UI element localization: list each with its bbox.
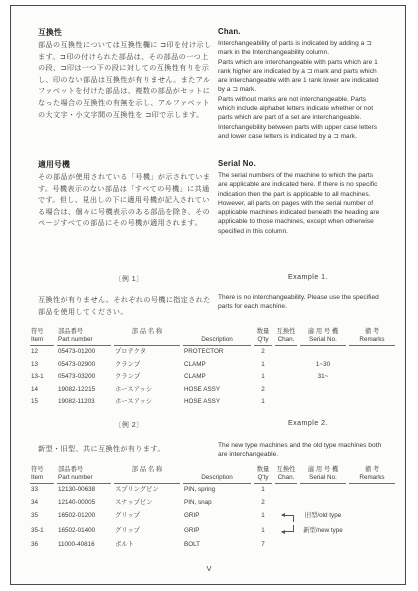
header-qty: 数量Q'ty [254, 466, 272, 484]
cell-serial: 31~ [300, 371, 346, 383]
cell-serial [300, 538, 346, 550]
chan-bracket-top-icon [282, 515, 294, 522]
cell-serial: 1~30 [300, 358, 346, 370]
cell-qty: 1 [254, 484, 272, 496]
cell-part: 12130-00638 [57, 484, 111, 496]
header-item: 符号Item [30, 328, 54, 346]
cell-part: 05473-01200 [57, 346, 111, 358]
cell-chan [275, 383, 297, 395]
cell-name: グリップ [114, 524, 180, 539]
cell-item: 15 [30, 396, 54, 408]
cell-chan [275, 538, 297, 550]
header-chan: 互換性Chan. [275, 328, 297, 346]
example1-jp-paragraph: 互換性が有りません。それぞれの号機に指定された 部品を使用してください。 [38, 295, 220, 318]
cell-qty: 2 [254, 346, 272, 358]
cell-item: 33 [30, 484, 54, 496]
header-remarks: 備 考Remarks [349, 466, 395, 484]
cell-qty: 1 [254, 509, 272, 524]
cell-name: ホースアッシ [114, 383, 180, 395]
page-number: V [0, 564, 418, 573]
table-row: 3412140-00005スナップピンPIN, snap2 [30, 496, 395, 508]
cell-qty: 2 [254, 383, 272, 395]
cell-name: プロテクタ [114, 346, 180, 358]
cell-qty: 1 [254, 371, 272, 383]
example2-en-paragraph: The new type machines and the old type m… [218, 441, 398, 460]
serial-jp-heading: 適用号機 [38, 159, 70, 170]
cell-item: 13-1 [30, 371, 54, 383]
cell-desc: HOSE ASSY [183, 396, 251, 408]
cell-name: クランプ [114, 371, 180, 383]
cell-desc: PIN, snap [183, 496, 251, 508]
table-header: 符号Item 部品番号Part number 部 品 名 称 Descripti… [30, 466, 395, 484]
serial-en-heading: Serial No. [218, 159, 256, 168]
cell-qty: 1 [254, 358, 272, 370]
cell-remarks [349, 496, 395, 508]
cell-chan [275, 509, 297, 524]
header-part-number: 部品番号Part number [57, 466, 111, 484]
cell-remarks [349, 524, 395, 539]
example1-label-jp: 〔例 1〕 [38, 274, 220, 284]
interchangeability-jp-heading: 互換性 [38, 27, 62, 38]
cell-serial [300, 496, 346, 508]
cell-item: 13 [30, 358, 54, 370]
serial-jp-paragraph: その部品が使用されている「号機」が示されていま す。号機表示のない部品は「すべて… [38, 172, 220, 230]
cell-desc: CLAMP [183, 358, 251, 370]
cell-item: 14 [30, 383, 54, 395]
cell-part: 16502-01200 [57, 509, 111, 524]
chan-en-paragraph: Interchangeability of parts is indicated… [218, 39, 398, 141]
table-row: 1519082-11203ホースアッシHOSE ASSY1 [30, 396, 395, 408]
cell-desc: BOLT [183, 538, 251, 550]
header-serial-no: 適 用 号 機Serial No. [300, 466, 346, 484]
cell-part: 05473-03200 [57, 371, 111, 383]
table-row: 3312130-00638スプリングピンPIN, spring1 [30, 484, 395, 496]
cell-remarks [349, 509, 395, 524]
cell-remarks [349, 371, 395, 383]
table-row: 3611000-40816ボルトBOLT7 [30, 538, 395, 550]
cell-item: 12 [30, 346, 54, 358]
cell-chan [275, 371, 297, 383]
example2-parts-table: 符号Item 部品番号Part number 部 品 名 称 Descripti… [27, 466, 398, 551]
cell-remarks [349, 538, 395, 550]
cell-desc: GRIP [183, 524, 251, 539]
cell-part: 19082-12215 [57, 383, 111, 395]
cell-name: スプリングピン [114, 484, 180, 496]
cell-desc: PIN, spring [183, 484, 251, 496]
cell-desc: GRIP [183, 509, 251, 524]
cell-part: 16502-01400 [57, 524, 111, 539]
cell-chan [275, 358, 297, 370]
cell-chan [275, 524, 297, 539]
example2-jp-paragraph: 新型・旧型、共に互換性が有ります。 [38, 444, 220, 456]
cell-chan [275, 484, 297, 496]
header-description: Description [183, 328, 251, 346]
table-row: 1305473-02900クランプCLAMP11~30 [30, 358, 395, 370]
chan-bracket-bottom-icon [282, 525, 294, 532]
cell-serial [300, 383, 346, 395]
example2-label-jp: 〔例 2〕 [38, 420, 220, 430]
cell-remarks [349, 346, 395, 358]
cell-chan [275, 396, 297, 408]
header-part-name-jp: 部 品 名 称 [114, 328, 180, 346]
cell-name: グリップ [114, 509, 180, 524]
cell-item: 35-1 [30, 524, 54, 539]
cell-name: ボルト [114, 538, 180, 550]
cell-serial: 新型/new type [300, 524, 346, 539]
cell-item: 35 [30, 509, 54, 524]
cell-item: 34 [30, 496, 54, 508]
cell-serial [300, 346, 346, 358]
example1-en-paragraph: There is no interchangeability. Please u… [218, 293, 398, 312]
cell-serial: 旧型/old type [300, 509, 346, 524]
cell-remarks [349, 396, 395, 408]
header-chan: 互換性Chan. [275, 466, 297, 484]
cell-chan [275, 496, 297, 508]
table-row: 3516502-01200グリップGRIP1旧型/old type [30, 509, 395, 524]
table-row: 13-105473-03200クランプCLAMP131~ [30, 371, 395, 383]
table-row: 1205473-01200プロテクタPROTECTOR2 [30, 346, 395, 358]
table-row: 1419082-12215ホースアッシHOSE ASSY2 [30, 383, 395, 395]
cell-desc: PROTECTOR [183, 346, 251, 358]
cell-qty: 7 [254, 538, 272, 550]
cell-part: 11000-40816 [57, 538, 111, 550]
cell-part: 19082-11203 [57, 396, 111, 408]
header-qty: 数量Q'ty [254, 328, 272, 346]
cell-item: 36 [30, 538, 54, 550]
cell-chan [275, 346, 297, 358]
example1-parts-table: 符号Item 部品番号Part number 部 品 名 称 Descripti… [27, 328, 398, 408]
cell-name: クランプ [114, 358, 180, 370]
cell-qty: 1 [254, 524, 272, 539]
example1-label-en: Example 1. [218, 274, 398, 281]
cell-remarks [349, 383, 395, 395]
catalog-page: 互換性 部品の互換性については互換性欄に ⊐印を付け示し ます。⊐印の付けられた… [0, 0, 418, 591]
table-header: 符号Item 部品番号Part number 部 品 名 称 Descripti… [30, 328, 395, 346]
header-part-name-jp: 部 品 名 称 [114, 466, 180, 484]
cell-remarks [349, 358, 395, 370]
interchangeability-jp-paragraph: 部品の互換性については互換性欄に ⊐印を付け示し ます。⊐印の付けられた部品は、… [38, 40, 220, 121]
header-part-number: 部品番号Part number [57, 328, 111, 346]
cell-desc: HOSE ASSY [183, 383, 251, 395]
example2-label-en: Example 2. [218, 420, 398, 427]
header-description: Description [183, 466, 251, 484]
cell-remarks [349, 484, 395, 496]
serial-en-paragraph: The serial numbers of the machine to whi… [218, 171, 398, 236]
cell-serial [300, 484, 346, 496]
cell-qty: 2 [254, 496, 272, 508]
cell-name: ホースアッシ [114, 396, 180, 408]
chan-en-heading: Chan. [218, 27, 241, 36]
table-row: 35-116502-01400グリップGRIP1新型/new type [30, 524, 395, 539]
cell-qty: 1 [254, 396, 272, 408]
cell-name: スナップピン [114, 496, 180, 508]
cell-part: 05473-02900 [57, 358, 111, 370]
cell-desc: CLAMP [183, 371, 251, 383]
cell-part: 12140-00005 [57, 496, 111, 508]
header-serial-no: 適 用 号 機Serial No. [300, 328, 346, 346]
header-remarks: 備 考Remarks [349, 328, 395, 346]
cell-serial [300, 396, 346, 408]
header-item: 符号Item [30, 466, 54, 484]
